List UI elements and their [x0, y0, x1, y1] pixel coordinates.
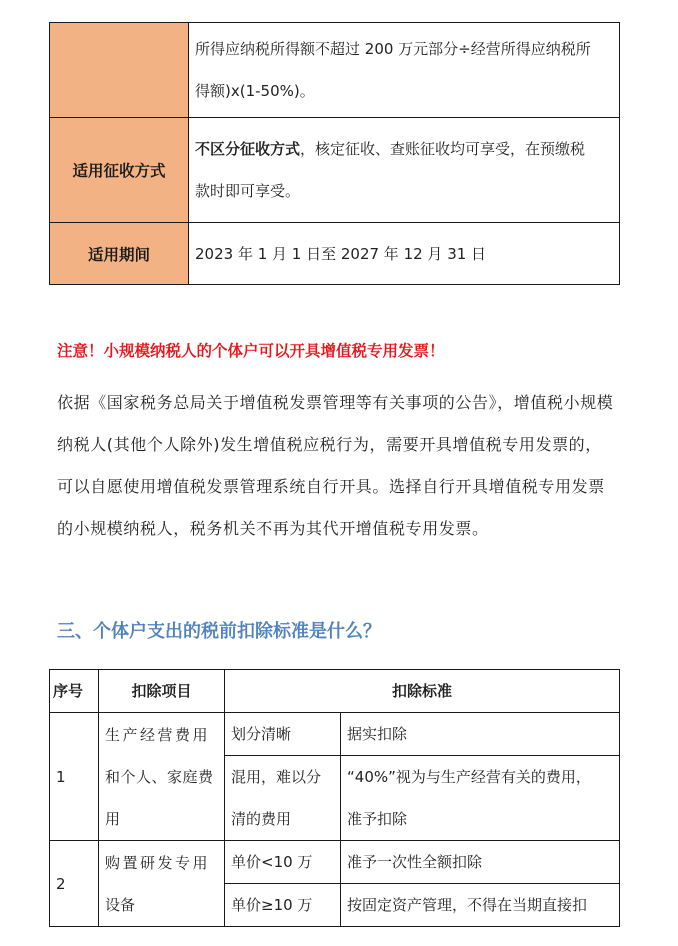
row-1-standard-1: 据实扣除	[341, 713, 620, 756]
table-row: 1 生产经营费用 和个人、家庭费 用 划分清晰 据实扣除	[50, 713, 620, 756]
row-1-standard-2-line-1: “40%”视为与生产经营有关的费用，	[347, 756, 619, 798]
collection-method-line-2: 款时即可享受。	[195, 170, 619, 212]
policy-label-period: 适用期间	[50, 223, 189, 285]
row-2-condition-1: 单价<10 万	[225, 841, 341, 884]
row-1-item: 生产经营费用 和个人、家庭费 用	[99, 713, 225, 841]
row-2-standard-2: 按固定资产管理，不得在当期直接扣	[341, 884, 620, 927]
collection-method-rest: ，核定征收、查账征收均可享受，在预缴税	[300, 140, 585, 158]
row-1-condition-2-line-1: 混用，难以分	[231, 756, 340, 798]
row-2-item-line-2: 设备	[105, 884, 224, 926]
policy-value-collection-method: 不区分征收方式，核定征收、查账征收均可享受，在预缴税 款时即可享受。	[189, 118, 620, 223]
row-1-standard-2: “40%”视为与生产经营有关的费用， 准予扣除	[341, 756, 620, 841]
header-item: 扣除项目	[99, 670, 225, 713]
policy-value-formula: 所得应纳税所得额不超过 200 万元部分÷经营所得应纳税所 得额)x(1-50%…	[189, 23, 620, 118]
policy-label-empty	[50, 23, 189, 118]
policy-label-collection-method: 适用征收方式	[50, 118, 189, 223]
notice-text: 注意！小规模纳税人的个体户可以开具增值税专用发票！	[57, 339, 445, 361]
header-seq: 序号	[50, 670, 99, 713]
row-2-standard-1: 准予一次性全额扣除	[341, 841, 620, 884]
collection-method-bold: 不区分征收方式	[195, 140, 300, 158]
policy-table: 所得应纳税所得额不超过 200 万元部分÷经营所得应纳税所 得额)x(1-50%…	[49, 22, 620, 285]
row-2-item: 购置研发专用 设备	[99, 841, 225, 927]
formula-line-2: 得额)x(1-50%)。	[195, 70, 619, 112]
policy-row-formula: 所得应纳税所得额不超过 200 万元部分÷经营所得应纳税所 得额)x(1-50%…	[50, 23, 620, 118]
body-paragraph: 依据《国家税务总局关于增值税发票管理等有关事项的公告》，增值税小规模纳税人(其他…	[57, 382, 617, 550]
deduction-table-header: 序号 扣除项目 扣除标准	[50, 670, 620, 713]
row-1-standard-2-line-2: 准予扣除	[347, 798, 619, 840]
row-1-condition-1: 划分清晰	[225, 713, 341, 756]
table-row: 2 购置研发专用 设备 单价<10 万 准予一次性全额扣除	[50, 841, 620, 884]
row-2-item-line-1: 购置研发专用	[105, 842, 224, 884]
row-1-item-line-2: 和个人、家庭费	[105, 756, 224, 798]
policy-value-period: 2023 年 1 月 1 日至 2027 年 12 月 31 日	[189, 223, 620, 285]
deduction-table: 序号 扣除项目 扣除标准 1 生产经营费用 和个人、家庭费 用 划分清晰 据实扣…	[49, 669, 620, 927]
row-1-item-line-3: 用	[105, 798, 224, 840]
header-standard: 扣除标准	[225, 670, 620, 713]
row-1-condition-2: 混用，难以分 清的费用	[225, 756, 341, 841]
row-2-seq: 2	[50, 841, 99, 927]
formula-line-1: 所得应纳税所得额不超过 200 万元部分÷经营所得应纳税所	[195, 28, 619, 70]
row-1-seq: 1	[50, 713, 99, 841]
row-1-condition-2-line-2: 清的费用	[231, 798, 340, 840]
policy-row-period: 适用期间 2023 年 1 月 1 日至 2027 年 12 月 31 日	[50, 223, 620, 285]
row-1-item-line-1: 生产经营费用	[105, 714, 224, 756]
section-heading: 三、个体户支出的税前扣除标准是什么？	[57, 617, 381, 643]
row-2-condition-2: 单价≥10 万	[225, 884, 341, 927]
policy-row-collection-method: 适用征收方式 不区分征收方式，核定征收、查账征收均可享受，在预缴税 款时即可享受…	[50, 118, 620, 223]
